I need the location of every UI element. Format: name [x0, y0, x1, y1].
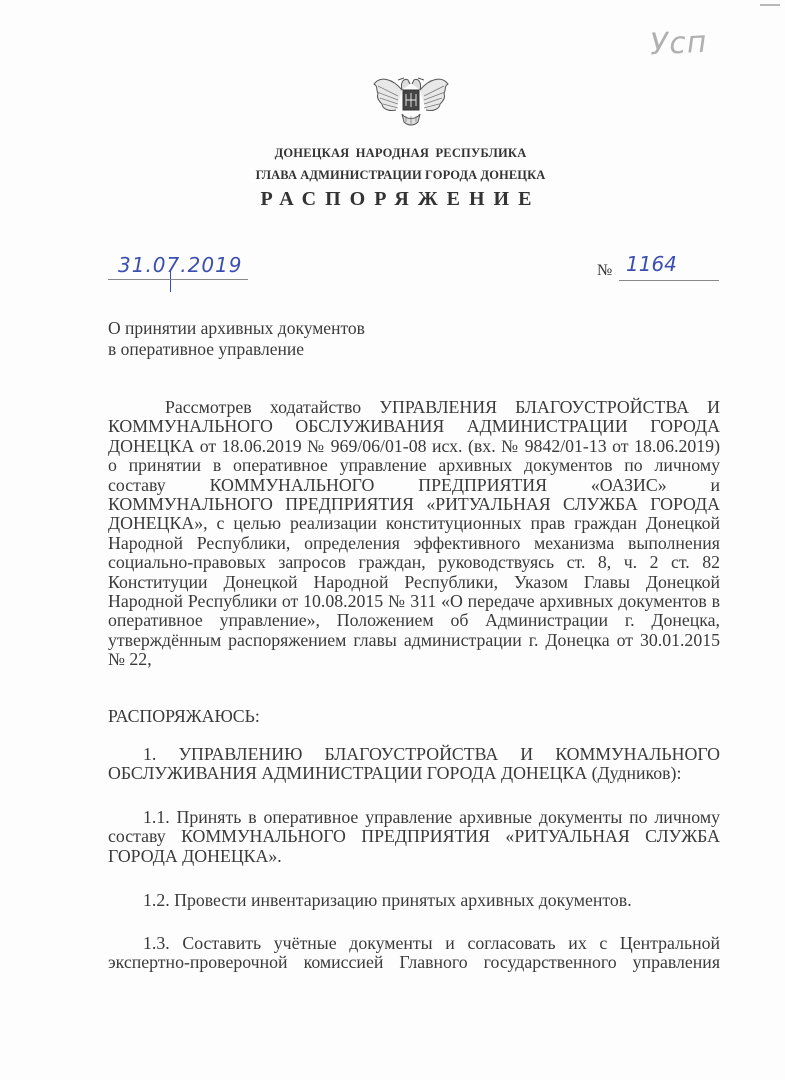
item-number: 1.2.	[143, 890, 170, 910]
item-text: Принять в оперативное управление архивны…	[108, 807, 720, 866]
date-stroke	[170, 270, 171, 292]
date-handwritten: 31.07.2019	[118, 253, 243, 277]
subject-line-2: в оперативное управление	[108, 339, 365, 360]
number-label: №	[597, 262, 612, 280]
handwritten-note: Усп	[649, 25, 708, 63]
number-underline	[619, 280, 719, 281]
document-page: Усп ДОНЕЦКАЯ НАРОДНАЯ РЕСПУБЛИКА ГЛАВА А…	[0, 0, 785, 1080]
order-item-1-3: 1.3. Составить учётные документы и согла…	[108, 934, 720, 973]
scan-corner-mark	[760, 4, 780, 6]
item-number: 1.3.	[143, 933, 170, 953]
item-number: 1.1.	[143, 807, 170, 827]
item-text: УПРАВЛЕНИЮ БЛАГОУСТРОЙСТВА И КОММУНАЛЬНО…	[108, 744, 720, 783]
item-text: Составить учётные документы и согласоват…	[108, 933, 720, 972]
date-underline	[108, 279, 248, 280]
order-item-1-1: 1.1. Принять в оперативное управление ар…	[108, 808, 720, 866]
document-subject: О принятии архивных документов в операти…	[108, 318, 365, 360]
header-republic: ДОНЕЦКАЯ НАРОДНАЯ РЕСПУБЛИКА	[8, 146, 785, 161]
header-authority: ГЛАВА АДМИНИСТРАЦИИ ГОРОДА ДОНЕЦКА	[8, 168, 785, 183]
number-handwritten: 1164	[626, 252, 677, 276]
order-word: РАСПОРЯЖАЮСЬ:	[108, 707, 720, 726]
order-item-1: 1. УПРАВЛЕНИЮ БЛАГОУСТРОЙСТВА И КОММУНАЛ…	[108, 745, 720, 784]
preamble-paragraph: Рассмотрев ходатайство УПРАВЛЕНИЯ БЛАГОУ…	[108, 398, 720, 670]
document-title: РАСПОРЯЖЕНИЕ	[8, 188, 785, 211]
order-item-1-2: 1.2. Провести инвентаризацию принятых ар…	[108, 891, 720, 910]
item-number: 1.	[143, 744, 156, 764]
coat-of-arms-icon	[372, 68, 450, 130]
item-text: Провести инвентаризацию принятых архивны…	[174, 890, 632, 910]
subject-line-1: О принятии архивных документов	[108, 318, 365, 339]
